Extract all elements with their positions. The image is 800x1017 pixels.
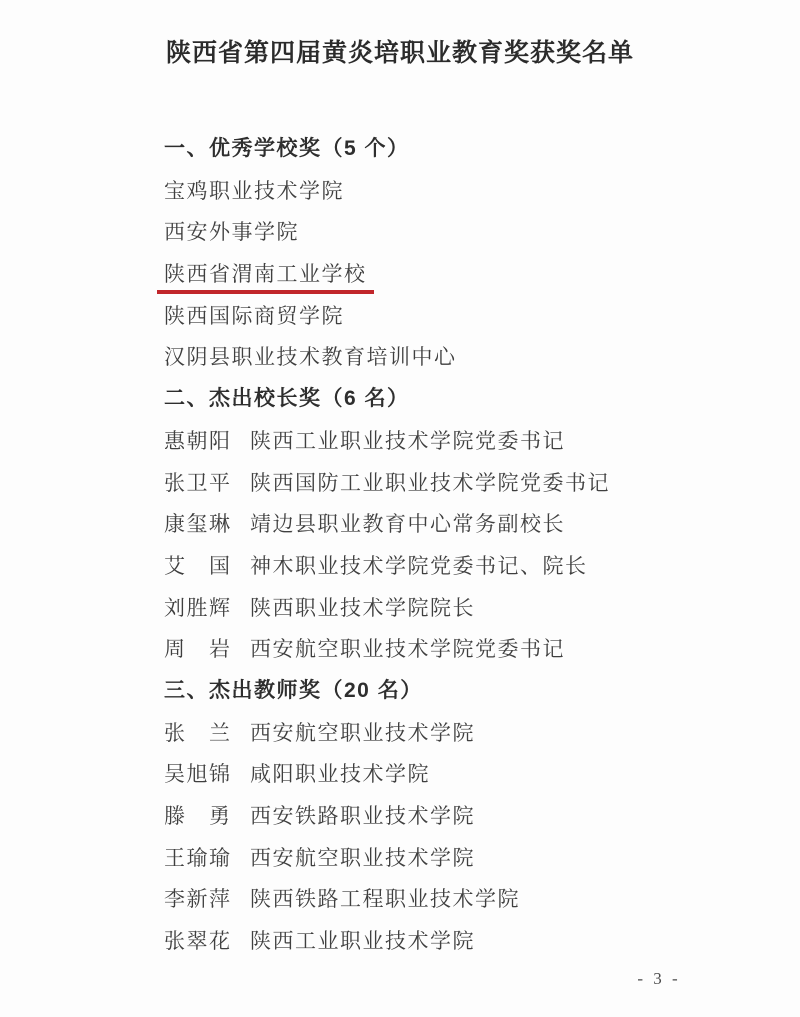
recipient-affiliation: 西安航空职业技术学院: [250, 846, 475, 870]
recipient-name: 康玺琳: [164, 511, 234, 537]
school-name: 宝鸡职业技术学院: [164, 178, 344, 204]
recipient-name: 刘胜辉: [164, 595, 234, 621]
recipient-affiliation: 靖边县职业教育中心常务副校长: [250, 512, 565, 536]
recipient-affiliation: 西安航空职业技术学院: [250, 721, 475, 745]
page-number: - 3 -: [599, 969, 719, 989]
recipient-name: 艾 国: [164, 553, 234, 579]
award-section: 二、杰出校长奖（6 名）惠朝阳陕西工业职业技术学院党委书记张卫平陕西国防工业职业…: [164, 386, 724, 678]
recipient-name: 吴旭锦: [164, 761, 234, 787]
section-heading: 一、优秀学校奖（5 个）: [164, 136, 724, 178]
document-page: 陕西省第四届黄炎培职业教育奖获奖名单 一、优秀学校奖（5 个）宝鸡职业技术学院西…: [0, 0, 800, 1017]
school-item: 陕西省渭南工业学校: [164, 261, 724, 303]
award-recipient-row: 康玺琳靖边县职业教育中心常务副校长: [164, 511, 724, 553]
school-item: 宝鸡职业技术学院: [164, 178, 724, 220]
section-heading: 二、杰出校长奖（6 名）: [164, 386, 724, 428]
award-recipient-row: 周 岩西安航空职业技术学院党委书记: [164, 636, 724, 678]
award-recipient-row: 张卫平陕西国防工业职业技术学院党委书记: [164, 470, 724, 512]
recipient-affiliation: 陕西工业职业技术学院党委书记: [250, 429, 565, 453]
school-item: 陕西国际商贸学院: [164, 303, 724, 345]
school-name-red-underlined: 陕西省渭南工业学校: [157, 261, 374, 294]
recipient-affiliation: 咸阳职业技术学院: [250, 762, 430, 786]
award-recipient-row: 张 兰西安航空职业技术学院: [164, 720, 724, 762]
recipient-name: 张卫平: [164, 470, 234, 496]
award-section: 三、杰出教师奖（20 名）张 兰西安航空职业技术学院吴旭锦咸阳职业技术学院滕 勇…: [164, 678, 724, 970]
award-recipient-row: 张翠花陕西工业职业技术学院: [164, 928, 724, 970]
award-recipient-row: 吴旭锦咸阳职业技术学院: [164, 761, 724, 803]
recipient-affiliation: 西安航空职业技术学院党委书记: [250, 637, 565, 661]
recipient-name: 周 岩: [164, 636, 234, 662]
recipient-name: 张 兰: [164, 720, 234, 746]
section-heading: 三、杰出教师奖（20 名）: [164, 678, 724, 720]
school-item: 汉阴县职业技术教育培训中心: [164, 344, 724, 386]
award-recipient-row: 艾 国神木职业技术学院党委书记、院长: [164, 553, 724, 595]
recipient-name: 滕 勇: [164, 803, 234, 829]
recipient-affiliation: 西安铁路职业技术学院: [250, 804, 475, 828]
recipient-affiliation: 陕西职业技术学院院长: [250, 596, 475, 620]
recipient-name: 张翠花: [164, 928, 234, 954]
recipient-name: 李新萍: [164, 886, 234, 912]
recipient-name: 惠朝阳: [164, 428, 234, 454]
recipient-affiliation: 神木职业技术学院党委书记、院长: [250, 554, 588, 578]
recipient-affiliation: 陕西工业职业技术学院: [250, 929, 475, 953]
award-recipient-row: 惠朝阳陕西工业职业技术学院党委书记: [164, 428, 724, 470]
award-recipient-row: 滕 勇西安铁路职业技术学院: [164, 803, 724, 845]
recipient-affiliation: 陕西铁路工程职业技术学院: [250, 887, 520, 911]
recipient-name: 王瑜瑜: [164, 845, 234, 871]
recipient-affiliation: 陕西国防工业职业技术学院党委书记: [250, 471, 610, 495]
school-item: 西安外事学院: [164, 219, 724, 261]
award-list: 一、优秀学校奖（5 个）宝鸡职业技术学院西安外事学院陕西省渭南工业学校陕西国际商…: [164, 136, 724, 970]
award-section: 一、优秀学校奖（5 个）宝鸡职业技术学院西安外事学院陕西省渭南工业学校陕西国际商…: [164, 136, 724, 386]
school-name: 西安外事学院: [164, 219, 299, 245]
award-recipient-row: 李新萍陕西铁路工程职业技术学院: [164, 886, 724, 928]
award-recipient-row: 王瑜瑜西安航空职业技术学院: [164, 845, 724, 887]
school-name: 汉阴县职业技术教育培训中心: [164, 344, 457, 370]
document-title: 陕西省第四届黄炎培职业教育奖获奖名单: [0, 33, 800, 69]
award-recipient-row: 刘胜辉陕西职业技术学院院长: [164, 595, 724, 637]
school-name: 陕西国际商贸学院: [164, 303, 344, 329]
